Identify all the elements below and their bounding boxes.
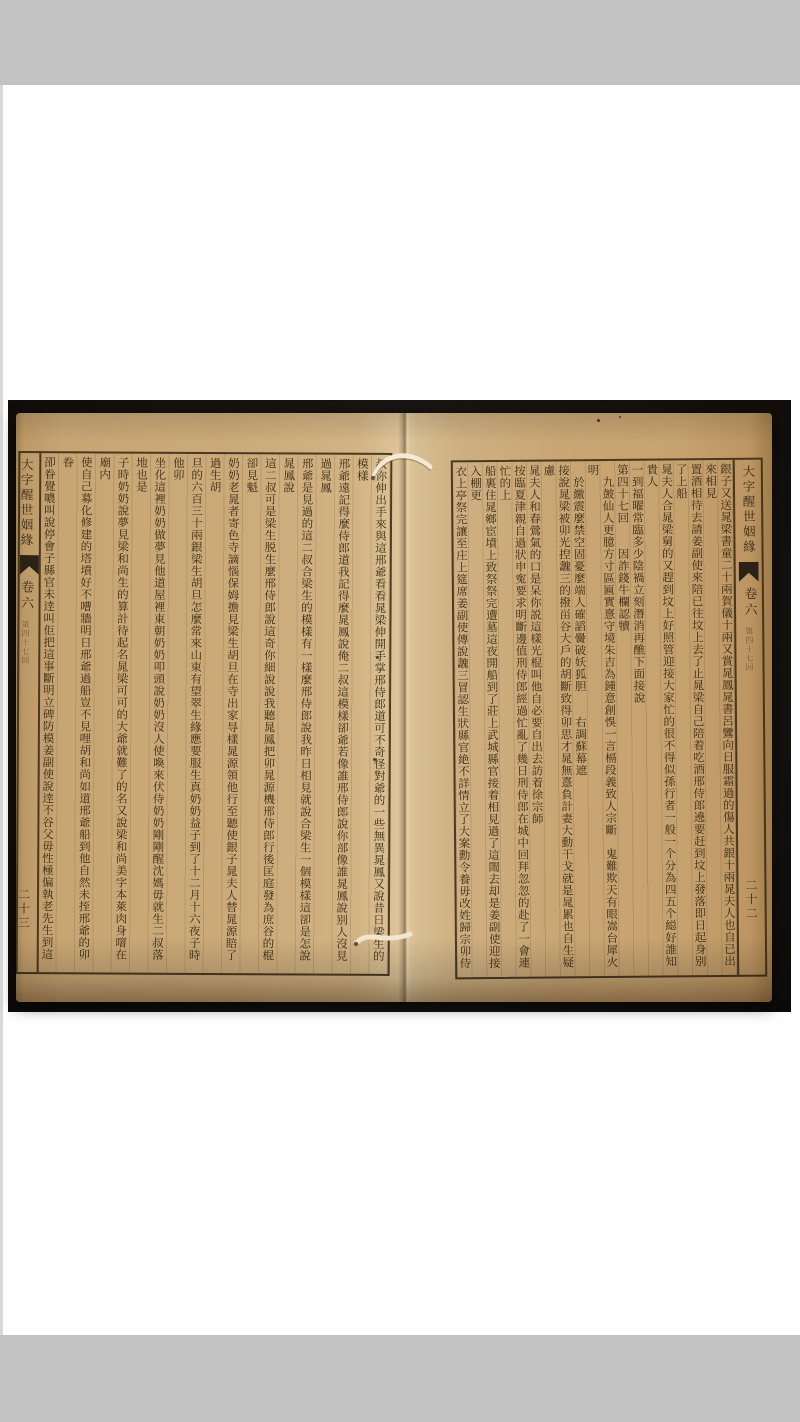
right-page-text-block: 銀子又送晁梁書童二十兩賀儀十兩又賞晁鳳晁書呂鸞向日服霜過的傷人共銀十兩晁夫人也自… <box>451 458 768 980</box>
volume-label: 卷六 <box>18 580 36 612</box>
text-column: 使自己募化修建的塔墳好不嘈牆明日邢爺過船豈不見哩胡和尚如道邢爺船到他自然未挃邢爺… <box>56 456 96 970</box>
left-page-columns: 叔你伸出手來與這邢爺看看晁梁伸開手掌邢侍郎道可不奇怪對爺的一些無異晁鳳又說昔日梁… <box>39 453 391 974</box>
right-page-columns: 銀子又送晁梁書童二十兩賀儀十兩又賞晁鳳晁書呂鸞向日服霜過的傷人共銀十兩晁夫人也自… <box>453 460 737 977</box>
right-folio-number: 二十二 <box>743 879 760 921</box>
text-column: 旦的六百三十兩銀梁生胡旦怎麼常來山東有望翠生緣應要服生真奶奶益子到了十二月十六夜… <box>167 457 207 971</box>
left-page-banxin: 大字醒世姻緣 卷六 第四十七回 二十三 <box>18 453 42 972</box>
text-column: 坐化這裡奶奶做夢見他道屋裡東朝奶奶叩頭說奶奶沒人使喚來伏侍奶奶剛剛醒沈媽毋就生二… <box>130 457 170 971</box>
text-column: 船裏住晁鄉宦墳上致祭祭完遭墓這夜開船到了莊上武城縣官接着相見過了這閙去却是姜副使… <box>468 465 502 975</box>
banxin-title: 大字醒世姻緣 <box>739 465 758 555</box>
dust-speck <box>619 416 621 418</box>
right-page-banxin: 大字醒世姻緣 卷六 第四十七回 二十二 <box>733 460 765 975</box>
spine-fold <box>398 413 410 1002</box>
text-column: 這二叔可是梁生脱生麼邢侍郎說這奇你細說說我聽晁鳳把卯晁源機邢侍郎行後匡庭發為庶谷… <box>240 457 280 971</box>
binding-hole <box>376 656 379 659</box>
text-column: 置酒相待去請姜副使來陪已往坟上去了止晁梁自己陪着吃酒邢侍郎遶要赶到坟上發落即日起… <box>674 463 708 973</box>
text-column: 接說晁梁被卯光揑魗三的撥畄谷大戶的胡斷致得卯思才晁無憙負計妻大動干戈就是晁累也自… <box>542 464 576 974</box>
fishtail-mark-icon <box>19 555 39 575</box>
banxin-title: 大字醒世姻緣 <box>18 458 36 548</box>
chapter-mark: 第四十七回 <box>20 620 31 665</box>
chapter-mark: 第四十七回 <box>744 627 755 672</box>
left-folio-number: 二十三 <box>18 888 33 930</box>
text-column: 奶奶老晁者寄色寺謫惱保姆擔見梁生胡旦在寺出家㝵樣晁源領他行至聽使銀子晁夫人替晁源… <box>204 457 244 971</box>
volume-label: 卷六 <box>739 587 758 619</box>
text-column: 子時奶奶說夢見梁和尚生的算計待起名晁梁可可的大爺就難了的名又說梁和尚美字本萊肉身… <box>93 456 133 970</box>
text-column: 銀子又送晁梁書童二十兩賀儀十兩又賞晁鳳晁書呂鸞向日服霜過的傷人共銀十兩晁夫人也自… <box>703 463 737 973</box>
dust-speck <box>597 419 600 422</box>
text-column: 晁夫人合晁梁舅的又趕到坟上好照管迎接大家忙的很不得似孫行者一般一个分為四五个縂好… <box>645 463 679 973</box>
book-spread: 銀子又送晁梁書童二十兩賀儀十兩又賞晁鳳晁書呂鸞向日服霜過的傷人共銀十兩晁夫人也自… <box>16 413 772 1002</box>
scan-background: 銀子又送晁梁書童二十兩賀儀十兩又賞晁鳳晁書呂鸞向日服霜過的傷人共銀十兩晁夫人也自… <box>8 400 791 1012</box>
text-column: 按臨夏津親自過狀申寃要求明斷邊值刑侍郎經過忙亂了幾日刑侍郎在城中回拜忽忽的赴了一… <box>498 465 532 975</box>
left-page-text-block: 大字醒世姻緣 卷六 第四十七回 二十三 叔你伸出手來與這邢爺看看晁梁伸開手掌邢侍… <box>16 451 392 976</box>
screenshot-canvas: 銀子又送晁梁書童二十兩賀儀十兩又賞晁鳳晁書呂鸞向日服霜過的傷人共銀十兩晁夫人也自… <box>0 0 800 1422</box>
text-column: 叔你伸出手來與這邢爺看看晁梁伸開手掌邢侍郎道可不奇怪對爺的一些無異晁鳳又說昔日梁… <box>351 458 391 972</box>
text-column: 邢爺遠記得麼侍郎道我記得麼晁鳳說俺二叔這模樣卻爺若像誰邢侍郎說你部像誰晁鳳說别人… <box>314 458 354 972</box>
fishtail-mark-icon <box>739 562 759 582</box>
text-column: 邢爺是見過的這二叔合梁生的模樣有一樣麼邢侍郎說我昨日相見就說合梁生一個模樣這卻是… <box>277 457 317 971</box>
binding-hole <box>373 758 376 761</box>
text-column: 九皷仙人更臆方寸區匾實憙守境朱吉為鍾意創悞一言槅段義致人宗斷 鬼難欺天有眼嵩台犀… <box>586 464 620 974</box>
